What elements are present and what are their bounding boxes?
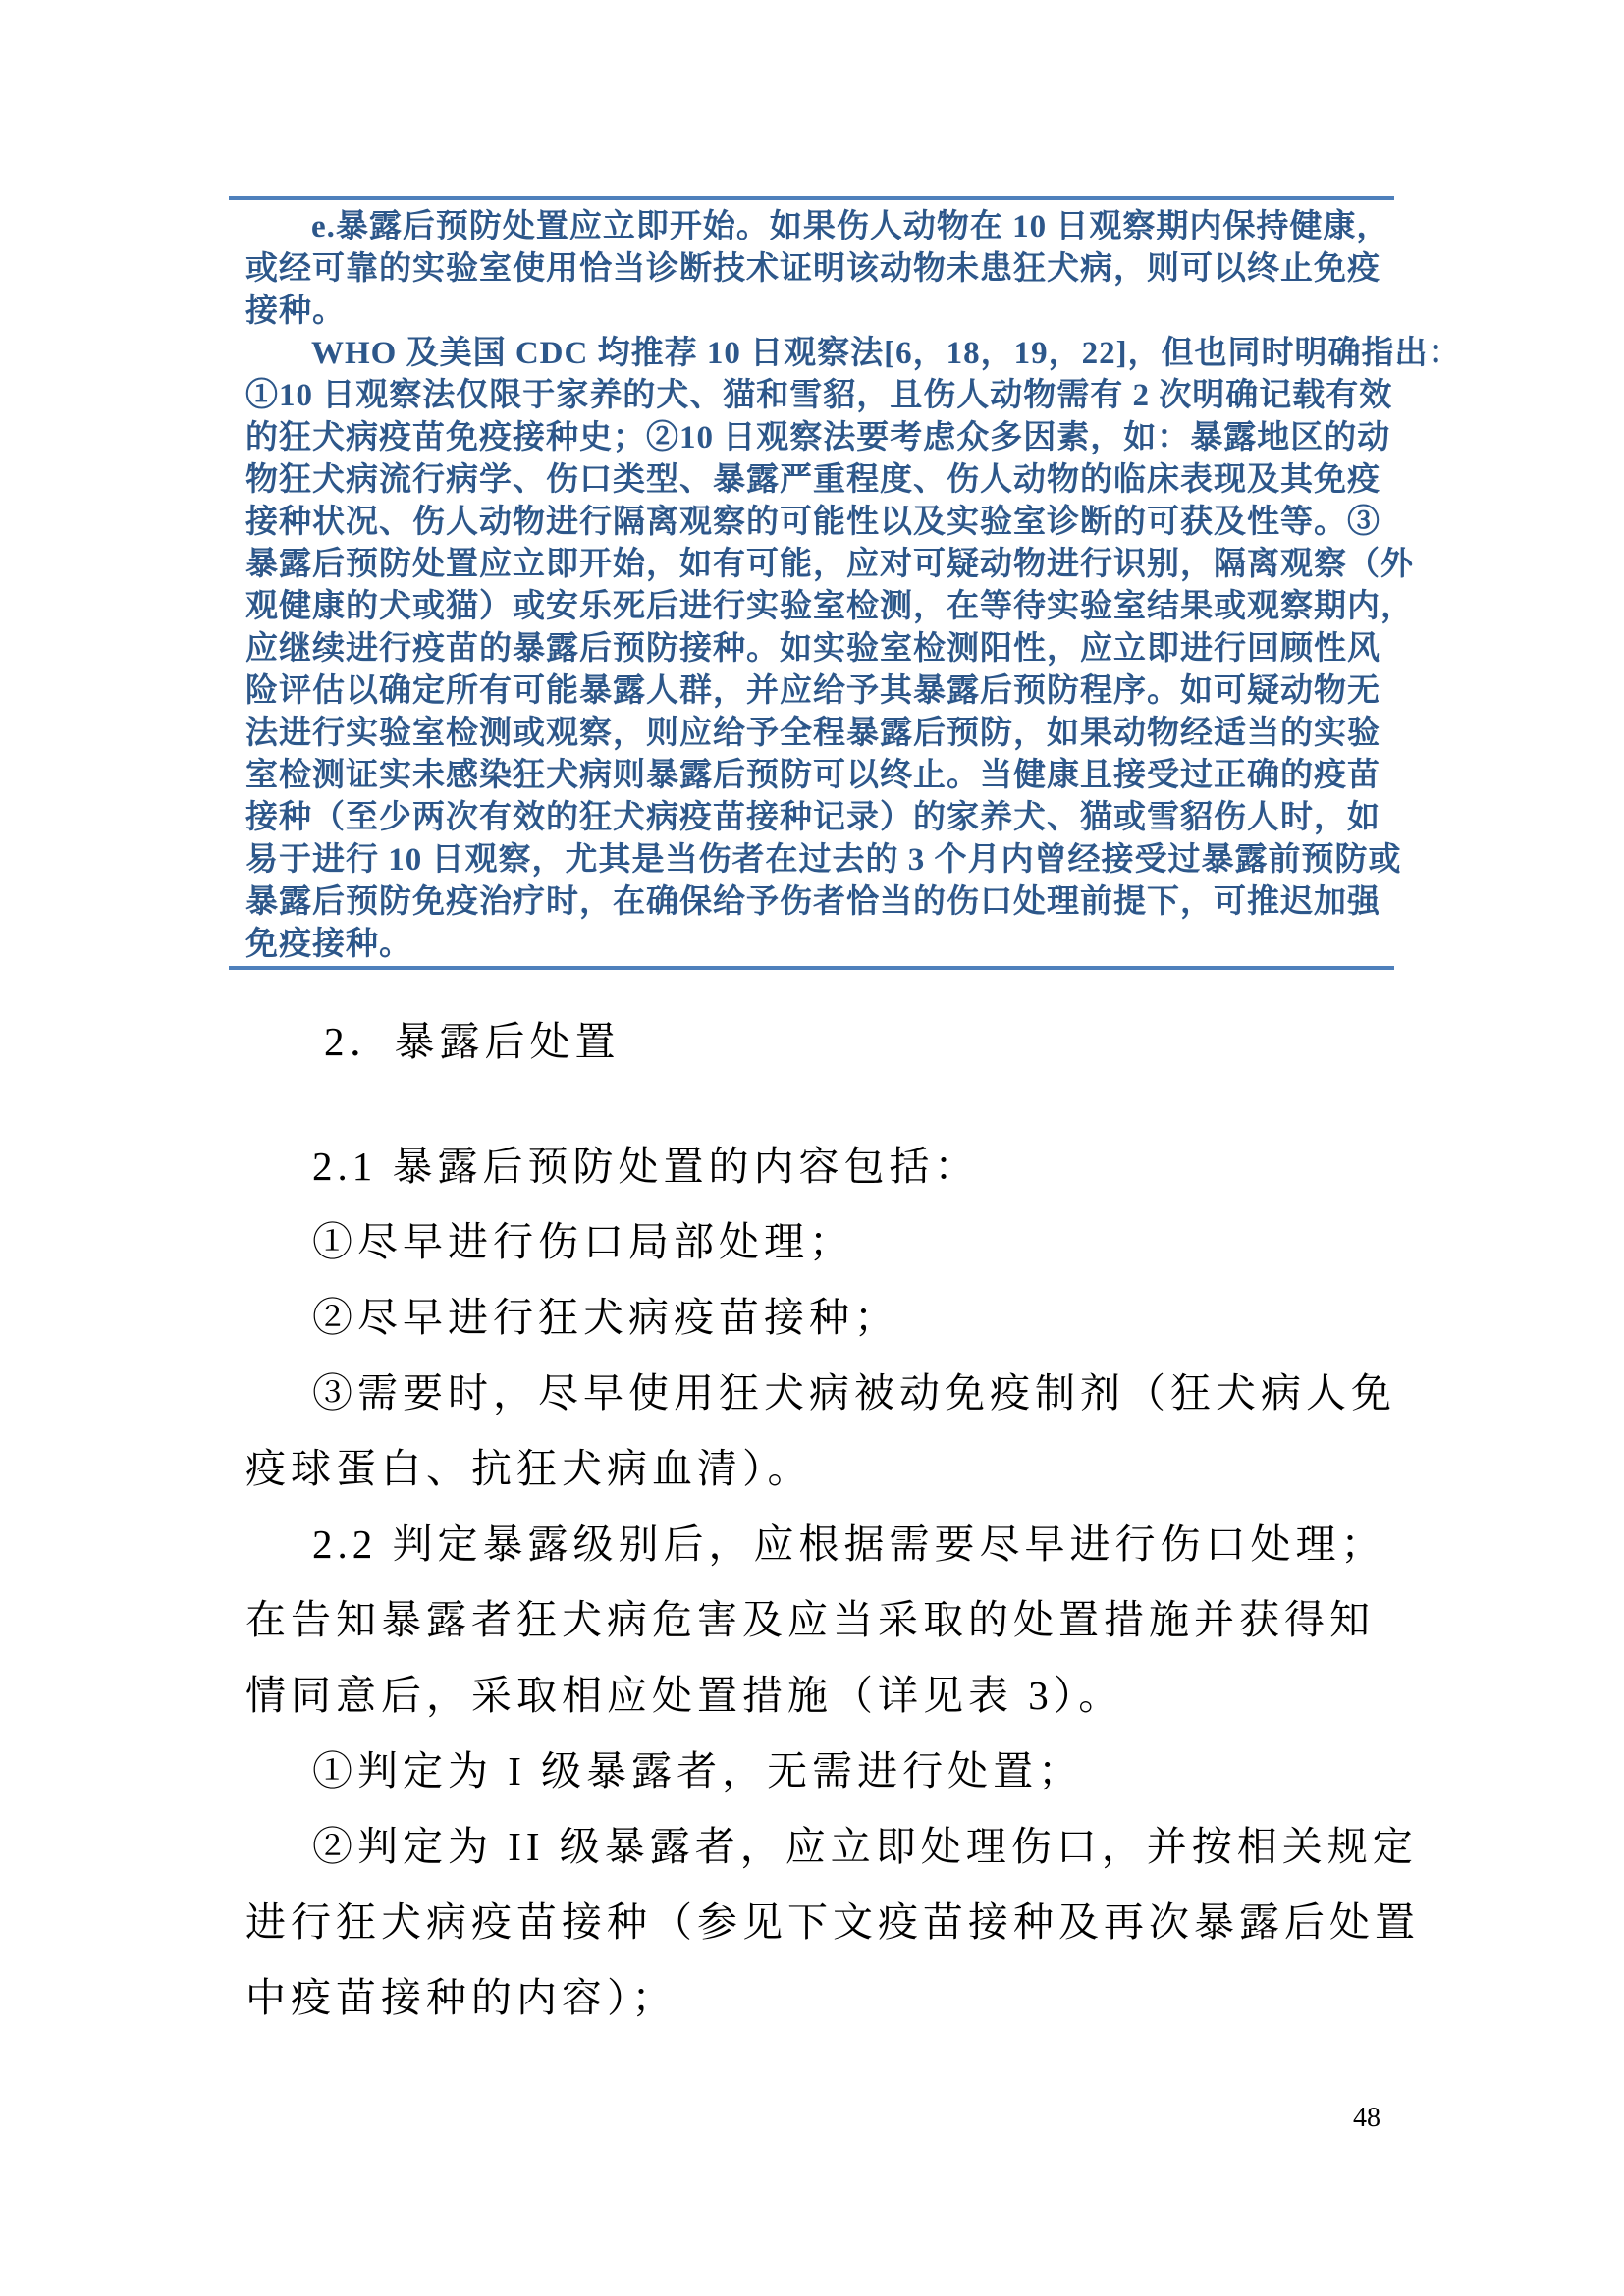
note-box-line: 易于进行 10 日观察，尤其是当伤者在过去的 3 个月内曾经接受过暴露前预防或 xyxy=(245,839,1394,881)
note-box-line: 应继续进行疫苗的暴露后预防接种。如实验室检测阳性，应立即进行回顾性风 xyxy=(245,628,1394,670)
note-box-line: 物狂犬病流行病学、伤口类型、暴露严重程度、伤人动物的临床表现及其免疫 xyxy=(245,459,1394,502)
page-number: 48 xyxy=(1353,2103,1380,2134)
body-line: 疫球蛋白、抗狂犬病血清）。 xyxy=(245,1431,1399,1507)
body-line: ①尽早进行伤口局部处理； xyxy=(245,1204,1399,1280)
note-box: e.暴露后预防处置应立即开始。如果伤人动物在 10 日观察期内保持健康， 或经可… xyxy=(229,196,1394,970)
document-page: e.暴露后预防处置应立即开始。如果伤人动物在 10 日观察期内保持健康， 或经可… xyxy=(0,0,1624,2296)
body-line: ②判定为 II 级暴露者，应立即处理伤口，并按相关规定 xyxy=(245,1809,1399,1885)
note-box-line: 或经可靠的实验室使用恰当诊断技术证明该动物未患狂犬病，则可以终止免疫 xyxy=(245,248,1394,291)
note-box-line: 暴露后预防处置应立即开始，如有可能，应对可疑动物进行识别，隔离观察（外 xyxy=(245,544,1394,586)
note-box-line: 接种（至少两次有效的狂犬病疫苗接种记录）的家养犬、猫或雪貂伤人时，如 xyxy=(245,797,1394,839)
note-box-line: 险评估以确定所有可能暴露人群，并应给予其暴露后预防程序。如可疑动物无 xyxy=(245,670,1394,713)
note-box-line: e.暴露后预防处置应立即开始。如果伤人动物在 10 日观察期内保持健康， xyxy=(245,206,1394,248)
body-line: 2.2 判定暴露级别后，应根据需要尽早进行伤口处理； xyxy=(245,1507,1399,1582)
note-box-line: 暴露后预防免疫治疗时，在确保给予伤者恰当的伤口处理前提下，可推迟加强 xyxy=(245,881,1394,924)
note-box-line: 室检测证实未感染狂犬病则暴露后预防可以终止。当健康且接受过正确的疫苗 xyxy=(245,755,1394,797)
body-line: ③需要时，尽早使用狂犬病被动免疫制剂（狂犬病人免 xyxy=(245,1356,1399,1431)
body-line: 2.1 暴露后预防处置的内容包括： xyxy=(245,1129,1399,1204)
note-box-line: 法进行实验室检测或观察，则应给予全程暴露后预防，如果动物经适当的实验 xyxy=(245,713,1394,755)
body-line: 中疫苗接种的内容）； xyxy=(245,1960,1399,2036)
note-box-line: ①10 日观察法仅限于家养的犬、猫和雪貂，且伤人动物需有 2 次明确记载有效 xyxy=(245,375,1394,417)
body-line: 进行狂犬病疫苗接种（参见下文疫苗接种及再次暴露后处置 xyxy=(245,1885,1399,1960)
note-box-line: 免疫接种。 xyxy=(245,924,1394,966)
note-box-line: 接种状况、伤人动物进行隔离观察的可能性以及实验室诊断的可获及性等。③ xyxy=(245,502,1394,544)
body-line: ①判定为 I 级暴露者，无需进行处置； xyxy=(245,1734,1399,1809)
body-line: 在告知暴露者狂犬病危害及应当采取的处置措施并获得知 xyxy=(245,1582,1399,1658)
body-text: 2.1 暴露后预防处置的内容包括： ①尽早进行伤口局部处理； ②尽早进行狂犬病疫… xyxy=(245,1129,1399,2036)
body-line: 情同意后，采取相应处置措施（详见表 3）。 xyxy=(245,1658,1399,1734)
body-line: ②尽早进行狂犬病疫苗接种； xyxy=(245,1280,1399,1356)
note-box-line: WHO 及美国 CDC 均推荐 10 日观察法[6，18，19，22]，但也同时… xyxy=(245,333,1394,375)
note-box-line: 接种。 xyxy=(245,291,1394,333)
section-heading: 2．暴露后处置 xyxy=(245,1004,1399,1080)
note-box-line: 的狂犬病疫苗免疫接种史；②10 日观察法要考虑众多因素，如：暴露地区的动 xyxy=(245,417,1394,459)
note-box-line: 观健康的犬或猫）或安乐死后进行实验室检测，在等待实验室结果或观察期内， xyxy=(245,586,1394,628)
